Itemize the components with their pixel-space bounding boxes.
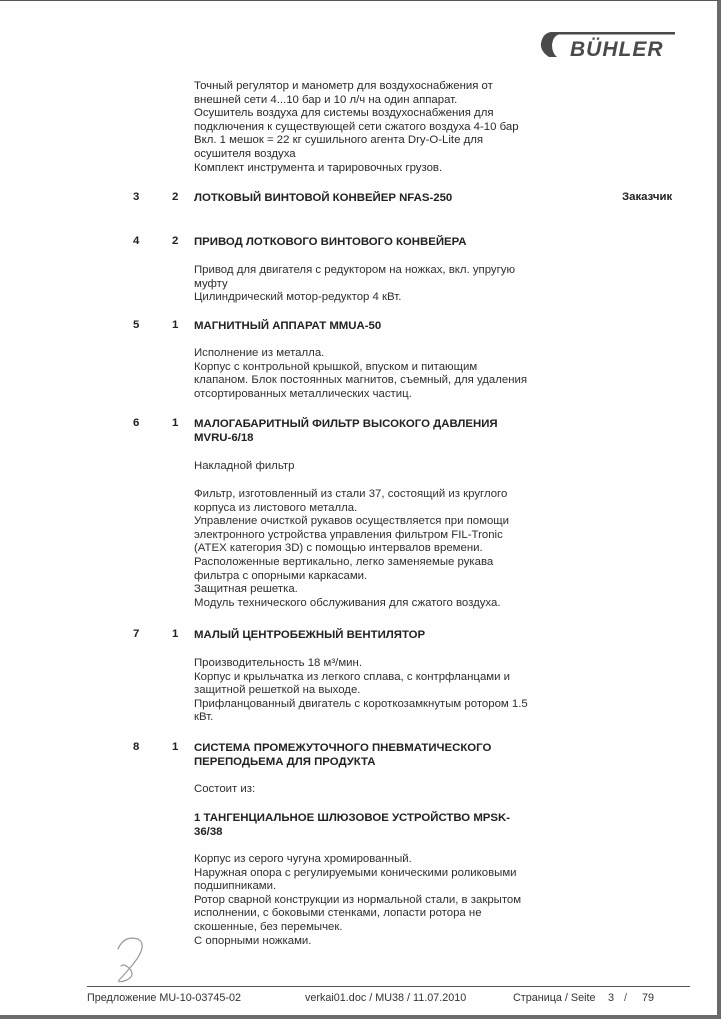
item-title-line: ЛОТКОВЫЙ ВИНТОВОЙ КОНВЕЙЕР NFAS-250 (194, 191, 452, 205)
desc-line: Исполнение из металла. (194, 347, 527, 361)
buhler-logo: BÜHLER (537, 29, 677, 59)
desc-line: клапаном. Блок постоянных магнитов, съем… (194, 374, 527, 388)
item-description: Корпус из серого чугуна хромированный. Н… (194, 853, 521, 948)
item-quantity: 2 (172, 191, 178, 203)
intro-text: Точный регулятор и манометр для воздухос… (194, 80, 519, 175)
item-title: МАГНИТНЫЙ АППАРАТ MMUA-50 (194, 319, 381, 333)
footer-page-current: 3 (608, 992, 614, 1004)
item-title: СИСТЕМА ПРОМЕЖУТОЧНОГО ПНЕВМАТИЧЕСКОГО П… (194, 741, 491, 769)
desc-line: Привод для двигателя с редуктором на нож… (194, 264, 515, 278)
desc-line: Корпус с контрольной крышкой, впуском и … (194, 361, 527, 375)
item-title-line: МАЛОГАБАРИТНЫЙ ФИЛЬТР ВЫСОКОГО ДАВЛЕНИЯ (194, 417, 498, 431)
desc-line: Корпус из серого чугуна хромированный. (194, 853, 521, 867)
intro-line: внешней сети 4...10 бар и 10 л/ч на один… (194, 94, 519, 108)
intro-line: Вкл. 1 мешок = 22 кг сушильного агента D… (194, 134, 519, 148)
footer-offer-number: Предложение MU-10-03745-02 (87, 992, 241, 1004)
sub-item-title-line: 1 ТАНГЕНЦИАЛЬНОЕ ШЛЮЗОВОЕ УСТРОЙСТВО MPS… (194, 811, 510, 825)
intro-line: осушителя воздуха (194, 148, 519, 162)
desc-line: Расположенные вертикально, легко заменяе… (194, 556, 509, 570)
item-title-line: ПЕРЕПОДЬЕМА ДЛЯ ПРОДУКТА (194, 755, 491, 769)
desc-line: Прифланцованный двигатель с короткозамкн… (194, 698, 528, 712)
desc-line: Наружная опора с регулируемыми конически… (194, 867, 521, 881)
desc-line: скошенные, без перемычек. (194, 921, 521, 935)
desc-line: корпуса из листового металла. (194, 502, 509, 516)
sub-item-title: 1 ТАНГЕНЦИАЛЬНОЕ ШЛЮЗОВОЕ УСТРОЙСТВО MPS… (194, 811, 510, 839)
desc-line: Производительность 18 м³/мин. (194, 657, 528, 671)
desc-line: С опорными ножками. (194, 935, 521, 949)
desc-line: муфту (194, 278, 515, 292)
desc-line: исполнении, с боковыми стенками, лопасти… (194, 907, 521, 921)
item-description: Привод для двигателя с редуктором на нож… (194, 264, 515, 305)
desc-line: Корпус и крыльчатка из легкого сплава, с… (194, 671, 528, 685)
item-number: 6 (133, 417, 139, 429)
item-description: Производительность 18 м³/мин. Корпус и к… (194, 657, 528, 725)
footer-page-total: 79 (642, 992, 654, 1004)
intro-line: подключения к существующей сети сжатого … (194, 121, 519, 135)
item-quantity: 2 (172, 235, 178, 247)
desc-line: (ATEX категория 3D) с помощью интервалов… (194, 542, 509, 556)
item-quantity: 1 (172, 628, 178, 640)
desc-line: защитной решеткой на выходе. (194, 684, 528, 698)
desc-line: кВт. (194, 711, 528, 725)
item-title-line: МАГНИТНЫЙ АППАРАТ MMUA-50 (194, 319, 381, 333)
desc-line: Защитная решетка. (194, 583, 509, 597)
item-number: 5 (133, 319, 139, 331)
desc-line: Фильтр, изготовленный из стали 37, состо… (194, 488, 509, 502)
intro-line: Комплект инструмента и тарировочных груз… (194, 162, 519, 176)
logo-text: BÜHLER (570, 38, 664, 59)
item-title-line: MVRU-6/18 (194, 431, 498, 445)
handwritten-page-mark (108, 933, 158, 990)
desc-line: Управление очисткой рукавов осуществляет… (194, 515, 509, 529)
item-number: 3 (133, 191, 139, 203)
item-title-line: МАЛЫЙ ЦЕНТРОБЕЖНЫЙ ВЕНТИЛЯТОР (194, 628, 425, 642)
item-quantity: 1 (172, 417, 178, 429)
desc-line: электронного устройства управления фильт… (194, 529, 509, 543)
desc-line: подшипниками. (194, 880, 521, 894)
item-number: 4 (133, 235, 139, 247)
footer-page-separator: / (624, 992, 627, 1004)
item-number: 8 (133, 741, 139, 753)
document-page: BÜHLER Точный регулятор и манометр для в… (0, 0, 721, 1019)
footer-divider (87, 986, 690, 987)
item-title: МАЛОГАБАРИТНЫЙ ФИЛЬТР ВЫСОКОГО ДАВЛЕНИЯ … (194, 417, 498, 445)
item-title: ЛОТКОВЫЙ ВИНТОВОЙ КОНВЕЙЕР NFAS-250 (194, 191, 452, 205)
footer-file-info: verkai01.doc / MU38 / 11.07.2010 (305, 992, 466, 1004)
desc-line: фильтра с опорными каркасами. (194, 570, 509, 584)
item-supplier-note: Заказчик (622, 191, 672, 203)
item-title-line: ПРИВОД ЛОТКОВОГО ВИНТОВОГО КОНВЕЙЕРА (194, 235, 466, 249)
desc-line: Цилиндрический мотор-редуктор 4 кВт. (194, 291, 515, 305)
item-description: Исполнение из металла. Корпус с контроль… (194, 347, 527, 401)
intro-line: Точный регулятор и манометр для воздухос… (194, 80, 519, 94)
sub-item-title-line: 36/38 (194, 825, 510, 839)
intro-line: Осушитель воздуха для системы воздухосна… (194, 107, 519, 121)
desc-line: Ротор сварной конструкции из нормальной … (194, 894, 521, 908)
item-number: 7 (133, 628, 139, 640)
item-subtitle: Накладной фильтр (194, 460, 294, 474)
desc-line: Модуль технического обслуживания для сжа… (194, 597, 509, 611)
item-quantity: 1 (172, 319, 178, 331)
item-title-line: СИСТЕМА ПРОМЕЖУТОЧНОГО ПНЕВМАТИЧЕСКОГО (194, 741, 491, 755)
item-title: МАЛЫЙ ЦЕНТРОБЕЖНЫЙ ВЕНТИЛЯТОР (194, 628, 425, 642)
item-title: ПРИВОД ЛОТКОВОГО ВИНТОВОГО КОНВЕЙЕРА (194, 235, 466, 249)
footer-page-label: Страница / Seite (513, 992, 596, 1004)
item-description: Фильтр, изготовленный из стали 37, состо… (194, 488, 509, 610)
desc-line: отсортированных металлических частиц. (194, 388, 527, 402)
item-subtitle: Состоит из: (194, 783, 255, 797)
item-quantity: 1 (172, 741, 178, 753)
